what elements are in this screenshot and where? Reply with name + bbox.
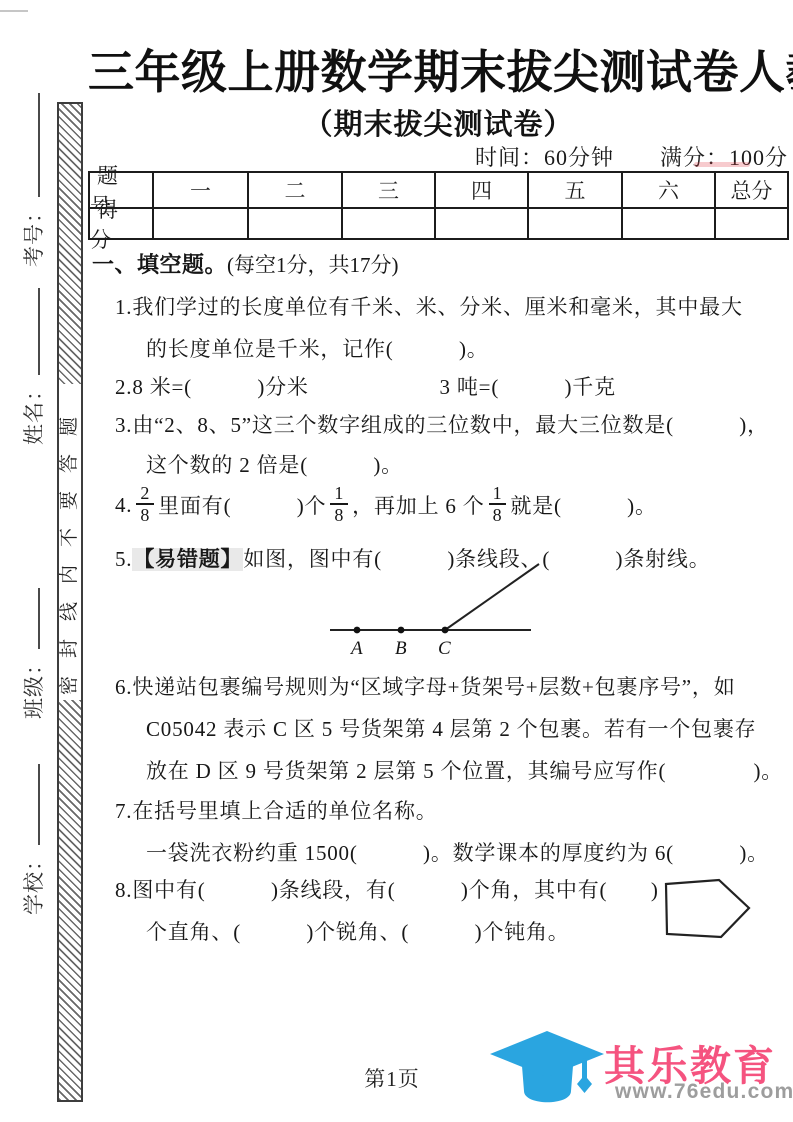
score-cell-5 [527, 207, 621, 238]
seal-line-strip: 密封线内不要答题 [57, 102, 83, 1102]
question-3-line-2: 这个数的 2 倍是( )。 [146, 449, 403, 479]
point-a-dot [354, 627, 361, 634]
score-row-label: 得分 [90, 207, 152, 238]
question-6-line-2: C05042 表示 C 区 5 号货架第 4 层第 2 个包裹。若有一个包裹存 [146, 713, 756, 743]
fraction-1-8-b: 18 [489, 483, 507, 525]
score-table-col-1: 一 [152, 173, 247, 207]
score-table-col-5: 五 [527, 173, 621, 207]
question-4-text-1: 里面有( )个 [158, 490, 326, 520]
score-cell-4 [434, 207, 527, 238]
name-label: 姓名： [18, 379, 48, 445]
score-table-col-total: 总分 [714, 173, 787, 207]
section-heading: 一、填空题。(每空1分，共17分) [92, 248, 399, 279]
seal-text-box: 密封线内不要答题 [59, 384, 81, 700]
margin-field-school: 学校： [16, 764, 50, 915]
point-c-label: C [438, 638, 451, 659]
graduation-cap-icon [487, 1028, 609, 1122]
question-4: 4. 28 里面有( )个 18 ，再加上 6 个 18 就是( )。 [115, 484, 657, 526]
question-3-line-1: 3.由“2、8、5”这三个数字组成的三位数中，最大三位数是( )， [115, 409, 769, 439]
question-6-line-1: 6.快递站包裹编号规则为“区域字母+货架号+层数+包裹序号”，如 [115, 671, 736, 701]
error-prone-tag: 【易错题】 [132, 548, 243, 571]
ray-line [445, 564, 539, 630]
cap-tassel-knob [577, 1075, 592, 1093]
score-table: 题号 一 二 三 四 五 六 总分 得分 [88, 171, 789, 240]
score-table-col-2: 二 [247, 173, 341, 207]
school-blank [26, 764, 40, 845]
point-b-label: B [395, 638, 407, 659]
name-blank [26, 288, 40, 375]
pentagon-figure [662, 877, 754, 941]
score-table-col-4: 四 [434, 173, 527, 207]
paper-title: 三年级上册数学期末拔尖测试卷人教版 [88, 36, 789, 102]
section-title: 一、填空题。 [92, 252, 227, 277]
question-1-line-1: 1.我们学过的长度单位有千米、米、分米、厘米和毫米，其中最大 [115, 291, 743, 321]
question-5-number: 5. [115, 547, 132, 571]
scan-artifact [694, 162, 750, 167]
pentagon-shape [666, 880, 749, 937]
page-corner-mark [0, 10, 28, 12]
question-8-line-1: 8.图中有( )条线段，有( )个角，其中有( ) [115, 874, 659, 904]
question-4-number: 4. [115, 493, 132, 518]
point-a-label: A [349, 638, 363, 659]
exam-number-label: 考号： [18, 201, 48, 267]
seal-text: 密封线内不要答题 [59, 384, 81, 700]
section-note: (每空1分，共17分) [227, 253, 399, 277]
school-label: 学校： [18, 849, 48, 915]
question-8-line-2: 个直角、( )个锐角、( )个钝角。 [146, 916, 570, 946]
question-4-text-3: 就是( )。 [510, 490, 656, 520]
score-cell-total [714, 207, 787, 238]
score-cell-1 [152, 207, 247, 238]
question-1-line-2: 的长度单位是千米，记作( )。 [146, 333, 489, 363]
question-6-line-3: 放在 D 区 9 号货架第 2 层第 5 个位置，其编号应写作( )。 [146, 755, 783, 785]
time-score-info: 时间：60分钟 满分：100分 [475, 141, 788, 172]
score-cell-3 [341, 207, 434, 238]
score-cell-2 [247, 207, 341, 238]
class-label: 班级： [18, 653, 48, 719]
fraction-1-8-a: 18 [330, 483, 348, 525]
score-table-col-6: 六 [621, 173, 714, 207]
fraction-2-8: 28 [136, 483, 154, 525]
paper-subtitle: （期末拔尖测试卷） [88, 102, 789, 143]
point-c-dot [442, 627, 449, 634]
margin-field-name: 姓名： [16, 288, 50, 445]
question-7-line-1: 7.在括号里填上合适的单位名称。 [115, 795, 438, 825]
score-cell-6 [621, 207, 714, 238]
question-4-text-2: ，再加上 6 个 [352, 490, 484, 520]
margin-field-class: 班级： [16, 588, 50, 719]
score-table-col-3: 三 [341, 173, 434, 207]
class-blank [26, 588, 40, 649]
brand-url: www.76edu.com [615, 1080, 793, 1104]
margin-field-exam-number: 考号： [16, 93, 50, 267]
exam-number-blank [26, 93, 40, 197]
question-7-line-2: 一袋洗衣粉约重 1500( )。数学课本的厚度约为 6( )。 [146, 837, 769, 867]
line-segment-figure: A B C [326, 560, 551, 660]
question-2: 2.8 米=( )分米 3 吨=( )千克 [115, 371, 616, 401]
point-b-dot [398, 627, 405, 634]
